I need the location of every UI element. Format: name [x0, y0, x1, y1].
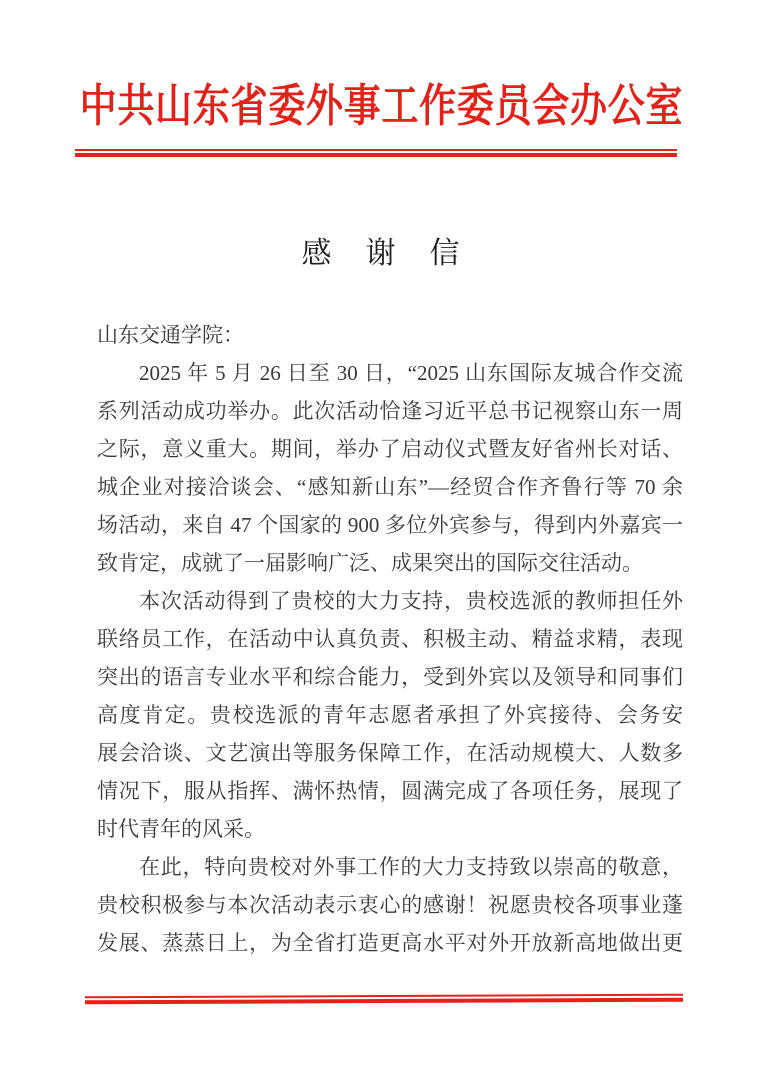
scanned-letter-page: 中共山东省委外事工作委员会办公室 感 谢 信 山东交通学院： 2025 年 5 … — [0, 0, 763, 1080]
letterhead-org-name: 中共山东省委外事工作委员会办公室 — [69, 80, 695, 132]
body-line: 之际，意义重大。期间，举办了启动仪式暨友好省州长对话、友 — [97, 430, 683, 468]
body-line: 贵校积极参与本次活动表示衷心的感谢！祝愿贵校各项事业蓬勃 — [97, 886, 683, 924]
body-line: 场活动，来自 47 个国家的 900 多位外宾参与，得到内外嘉宾一 — [97, 506, 683, 544]
body-line: 在此，特向贵校对外事工作的大力支持致以崇高的敬意，对 — [97, 848, 683, 886]
body-line: 高度肯定。贵校选派的青年志愿者承担了外宾接待、会务安排、 — [97, 696, 683, 734]
body-line: 本次活动得到了贵校的大力支持，贵校选派的教师担任外宾 — [97, 582, 683, 620]
body-line: 联络员工作，在活动中认真负责、积极主动、精益求精，表现了 — [97, 620, 683, 658]
body-line: 情况下，服从指挥、满怀热情，圆满完成了各项任务，展现了新 — [97, 772, 683, 810]
rule-thick-line — [75, 153, 677, 157]
body-line: 展会洽谈、文艺演出等服务保障工作，在活动规模大、人数多的 — [97, 734, 683, 772]
footer-double-rule — [85, 994, 683, 1005]
body-line: 系列活动成功举办。此次活动恰逢习近平总书记视察山东一周年 — [97, 392, 683, 430]
salutation: 山东交通学院： — [97, 316, 683, 354]
letterhead-double-rule — [75, 149, 677, 157]
letter-title: 感 谢 信 — [0, 236, 763, 272]
body-line: 2025 年 5 月 26 日至 30 日，“2025 山东国际友城合作交流周” — [97, 354, 683, 392]
body-line: 时代青年的风采。 — [97, 810, 683, 848]
body-line: 致肯定，成就了一届影响广泛、成果突出的国际交往活动。 — [97, 544, 683, 582]
body-line: 突出的语言专业水平和综合能力，受到外宾以及领导和同事们的 — [97, 658, 683, 696]
body-line: 城企业对接洽谈会、“感知新山东”—经贸合作齐鲁行等 70 余 — [97, 468, 683, 506]
letter-body: 山东交通学院： 2025 年 5 月 26 日至 30 日，“2025 山东国际… — [97, 316, 683, 962]
body-line: 发展、蒸蒸日上，为全省打造更高水平对外开放新高地做出更大 — [97, 924, 683, 962]
